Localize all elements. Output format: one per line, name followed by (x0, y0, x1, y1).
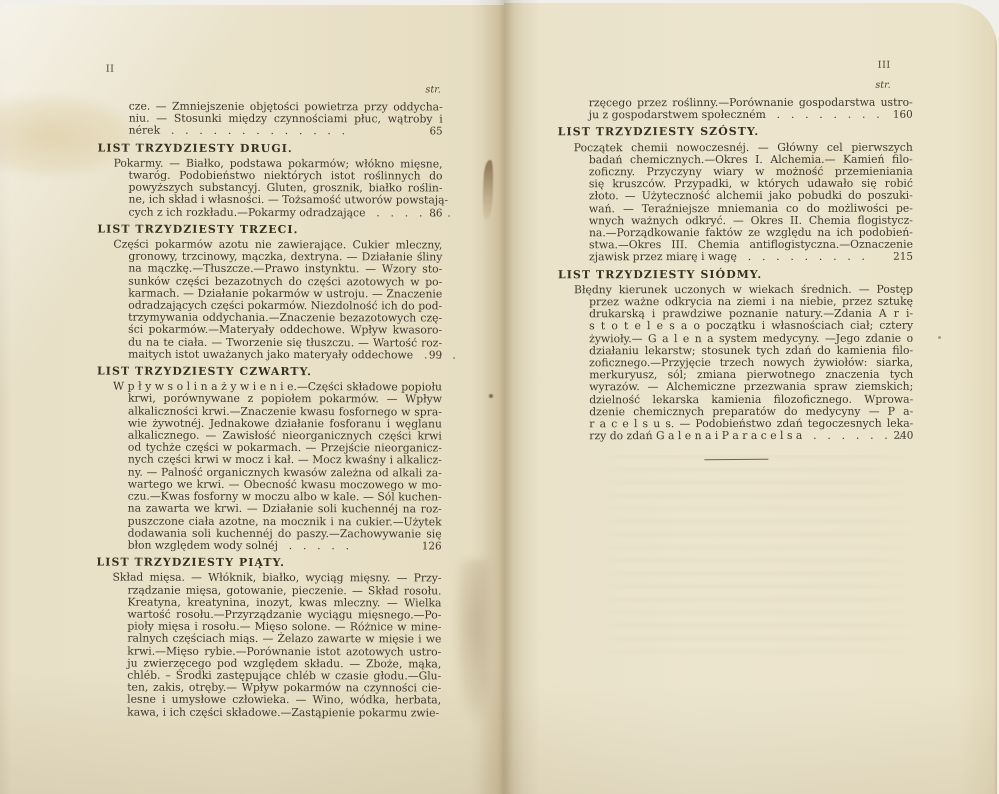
toc-section-heading: LIST TRZYDZIESTY SZÓSTY. (558, 126, 913, 139)
page-ref: 240 (893, 430, 913, 442)
page-ref: 215 (893, 251, 913, 263)
book-photo: II str. cze. — Zmniejszenie objętości po… (0, 0, 999, 794)
toc-section-heading: LIST TRZYDZIESTY TRZECI. (97, 223, 442, 236)
toc-entry: W p ł y w s o l i n a ż y w i e n i e.—C… (97, 381, 442, 553)
toc-entry: Błędny kierunek uczonych w wiekach średn… (558, 284, 913, 443)
toc-line: cych z ich rozkładu.—Pokarmy odradzające… (113, 206, 442, 219)
toc-entry: rzęcego przez roślinny.—Porównanie gospo… (558, 97, 913, 122)
toc-entry: Pokarmy. — Białko, podstawa pokarmów; wł… (97, 157, 442, 219)
toc-entry: Skład mięsa. — Włóknik, białko, wyciąg m… (96, 572, 441, 719)
toc-section-heading: LIST TRZYDZIESTY PIĄTY. (97, 557, 442, 570)
page-ref: 99 (429, 349, 442, 361)
toc-line: ju z gospodarstwem społeczném . . . . . … (574, 109, 913, 122)
toc-line: maitych istot uważanych jako materyały o… (113, 348, 442, 361)
toc-line: kawa, i ich części składowe.—Zastąpienie… (112, 706, 441, 719)
toc-entries: rzęcego przez roślinny.—Porównanie gospo… (558, 97, 914, 443)
show-through-text (599, 455, 917, 660)
right-page-text: III str. rzęcego przez roślinny.—Porówna… (558, 60, 914, 461)
toc-section-heading: LIST TRZYDZIESTY DRUGI. (98, 142, 443, 155)
page-ref: 86 (429, 207, 442, 219)
page-ref: 160 (893, 109, 913, 121)
str-column-label: str. (98, 84, 443, 97)
toc-section-heading: LIST TRZYDZIESTY SIÓDMY. (558, 268, 913, 281)
str-column-label: str. (558, 80, 913, 93)
toc-section-heading: LIST TRZYDZIESTY CZWARTY. (97, 366, 442, 379)
toc-line: błon względem wody solnéj . . . . . (113, 539, 442, 552)
page-ref: 126 (422, 540, 442, 552)
toc-entry: Części pokarmów azotu nie zawierające. C… (97, 239, 442, 362)
page-folio: II (98, 64, 443, 78)
toc-line: rzy do zdań G a l e n a i P a r a c e l … (574, 430, 913, 443)
toc-entry: cze. — Zmniejszenie objętości powietrza … (98, 101, 443, 139)
left-page-text: II str. cze. — Zmniejszenie objętości po… (96, 64, 443, 721)
toc-entry: Początek chemii nowoczesnéj. — Główny ce… (558, 141, 913, 264)
toc-line: zjawisk przez miarę i wagę . . . . . . .… (574, 251, 913, 264)
page-ref: 65 (429, 126, 442, 138)
page-folio: III (558, 60, 913, 74)
toc-entries: cze. — Zmniejszenie objętości powietrza … (96, 101, 443, 720)
toc-line: nérek . . . . . . . . . . . . . (114, 125, 443, 138)
